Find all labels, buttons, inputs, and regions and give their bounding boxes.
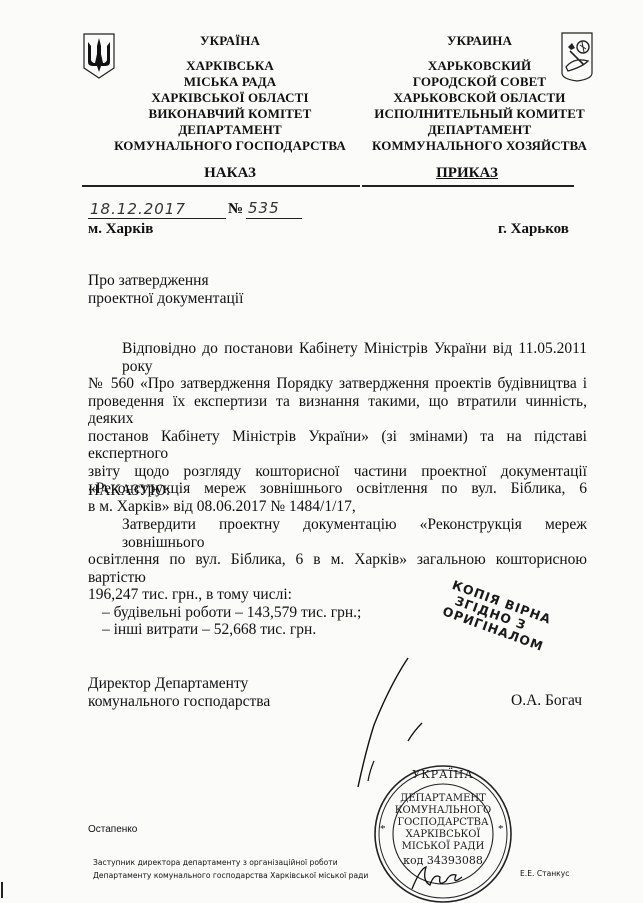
preamble-line: звіту щодо розгляду кошторисної частини …: [88, 463, 587, 481]
header-rule-left: [82, 185, 360, 187]
cost-item-bullet: –: [102, 621, 110, 638]
header-right-line: ДЕПАРТАМЕНТ: [362, 122, 597, 138]
city-ua: м. Харків: [88, 221, 153, 238]
position-line: Директор Департаменту: [88, 675, 270, 693]
seal-line: ГОСПОДАРСТВА: [372, 817, 514, 829]
preamble-line: Відповідно до постанови Кабінету Міністр…: [88, 340, 587, 375]
official-seal: УКРАЇНА ДЕПАРТАМЕНТ КОМУНАЛЬНОГО ГОСПОДА…: [372, 763, 514, 903]
number-underline: [246, 218, 302, 219]
subject-line: проектної документації: [88, 290, 243, 308]
header-right-line: ИСПОЛНИТЕЛЬНЫЙ КОМИТЕТ: [362, 106, 597, 122]
order-word: НАКАЗУЮ:: [88, 482, 170, 500]
decision-line: Затвердити проектну документацію «Реконс…: [88, 516, 587, 551]
certification-line: Департаменту комунального господарства Х…: [93, 869, 368, 882]
scan-mark: [1, 882, 3, 898]
number-sign: №: [228, 201, 243, 218]
executor-name: Остапенко: [88, 824, 137, 835]
header-right-line: КОММУНАЛЬНОГО ХОЗЯЙСТВА: [362, 138, 597, 154]
cost-item-bullet: –: [102, 604, 110, 621]
order-date: 18.12.2017: [90, 200, 186, 218]
seal-star-right: *: [498, 823, 504, 835]
certification-line: Заступник директора департаменту з орган…: [93, 856, 368, 869]
header-rule-right: [362, 185, 574, 187]
preamble-line: № 560 «Про затвердження Порядку затвердж…: [88, 375, 587, 393]
seal-star-left: *: [380, 823, 386, 835]
seal-line: ДЕПАРТАМЕНТ: [372, 793, 514, 805]
header-left-line: ДЕПАРТАМЕНТ: [100, 122, 360, 138]
header-right-line: ХАРЬКОВСКОЙ ОБЛАСТИ: [362, 90, 597, 106]
header-left-line: ХАРКІВСЬКА: [100, 58, 360, 74]
preamble-line: проведення їх експертизи та визнання так…: [88, 393, 587, 428]
preamble-line: в м. Харків» від 08.06.2017 № 1484/1/17,: [88, 498, 587, 516]
cost-item-text: інші витрати – 52,668 тис. грн.: [114, 621, 317, 638]
preamble-line: постанов Кабінету Міністрів України» (зі…: [88, 428, 587, 463]
certification-block: Заступник директора департаменту з орган…: [93, 856, 368, 882]
signatory-position: Директор Департаменту комунального госпо…: [88, 675, 270, 710]
date-underline: [88, 218, 226, 219]
doc-type-ua: НАКАЗ: [100, 165, 360, 182]
cost-item-text: будівельні роботи – 143,579 тис. грн.;: [114, 604, 362, 621]
certifier-name: Е.Е. Станкус: [520, 869, 569, 878]
order-number: 535: [248, 199, 280, 217]
header-left-line: КОМУНАЛЬНОГО ГОСПОДАРСТВА: [100, 138, 360, 154]
header-left-line: ХАРКІВСЬКОЇ ОБЛАСТІ: [100, 90, 360, 106]
seal-top-arc: УКРАЇНА: [372, 769, 514, 781]
kharkiv-emblem: [560, 31, 594, 83]
signatory-name: О.А. Богач: [511, 692, 582, 710]
order-subject: Про затвердження проектної документації: [88, 272, 243, 307]
doc-type-ru: ПРИКАЗ: [362, 165, 572, 182]
seal-line: КОМУНАЛЬНОГО: [372, 805, 514, 817]
header-left-country: УКРАЇНА: [100, 33, 360, 49]
city-ru: г. Харьков: [498, 221, 569, 238]
certifier-signature-icon: [410, 863, 470, 893]
decision-line: освітлення по вул. Біблика, 6 в м. Харкі…: [88, 551, 587, 586]
position-line: комунального господарства: [88, 693, 270, 711]
subject-line: Про затвердження: [88, 272, 243, 290]
header-left-line: ВИКОНАВЧИЙ КОМІТЕТ: [100, 106, 360, 122]
seal-line: ХАРКІВСЬКОЇ: [372, 829, 514, 841]
header-left-line: МІСЬКА РАДА: [100, 74, 360, 90]
kharkiv-coat-of-arms-icon: [560, 31, 594, 83]
seal-line: МІСЬКОЇ РАДИ: [372, 841, 514, 853]
header-left: УКРАЇНА ХАРКІВСЬКА МІСЬКА РАДА ХАРКІВСЬК…: [100, 33, 360, 154]
